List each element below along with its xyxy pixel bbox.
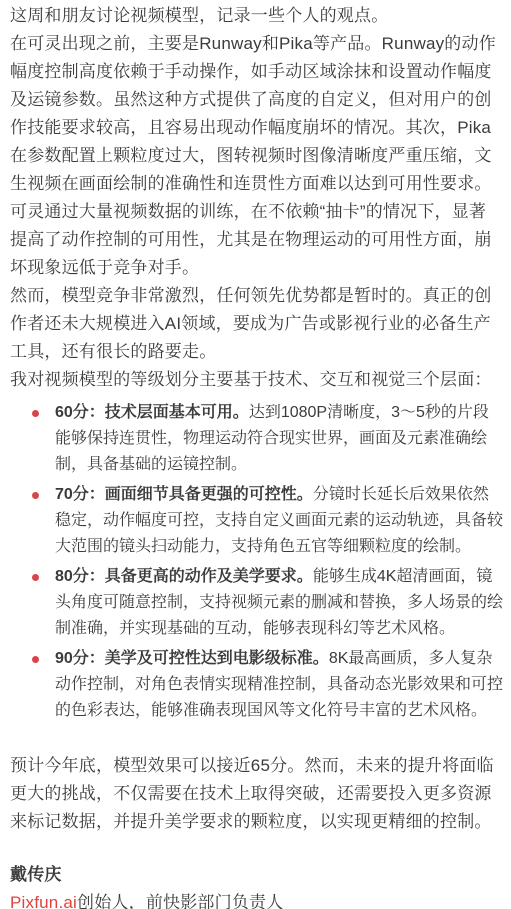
paragraph-keling: 可灵通过大量视频数据的训练，在不依赖“抽卡”的情况下，显著提高了动作控制的可用性…	[10, 198, 503, 282]
paragraph-intro: 这周和朋友讨论视频模型，记录一些个人的观点。	[10, 2, 503, 30]
author-title: Pixfun.ai创始人，前快影部门负责人	[10, 889, 503, 909]
paragraph-competition: 然而，模型竞争非常激烈，任何领先优势都是暂时的。真正的创作者还未大规模进入AI领…	[10, 282, 503, 366]
bullet-icon	[32, 492, 39, 499]
score-heading: 60分：技术层面基本可用。	[55, 404, 249, 421]
author-name: 戴传庆	[10, 861, 503, 889]
bullet-icon	[32, 574, 39, 581]
article-body: 这周和朋友讨论视频模型，记录一些个人的观点。 在可灵出现之前，主要是Runway…	[10, 2, 503, 909]
paragraph-rating-intro: 我对视频模型的等级划分主要基于技术、交互和视觉三个层面：	[10, 366, 503, 394]
score-list-item-70: 70分：画面细节具备更强的可控性。分镜时长延长后效果依然稳定，动作幅度可控，支持…	[32, 482, 503, 560]
score-list-item-80: 80分：具备更高的动作及美学要求。能够生成4K超清画面，镜头角度可随意控制，支持…	[32, 564, 503, 642]
score-item-text: 70分：画面细节具备更强的可控性。分镜时长延长后效果依然稳定，动作幅度可控，支持…	[55, 482, 503, 560]
author-role: 创始人，前快影部门负责人	[77, 893, 283, 909]
score-item-text: 80分：具备更高的动作及美学要求。能够生成4K超清画面，镜头角度可随意控制，支持…	[55, 564, 503, 642]
closing-paragraph: 预计今年底，模型效果可以接近65分。然而，未来的提升将面临更大的挑战，不仅需要在…	[10, 752, 503, 836]
score-heading: 70分：画面细节具备更强的可控性。	[55, 486, 313, 503]
score-heading: 90分：美学及可控性达到电影级标准。	[55, 650, 329, 667]
paragraph-runway-pika: 在可灵出现之前，主要是Runway和Pika等产品。Runway的动作幅度控制高…	[10, 30, 503, 198]
score-item-text: 90分：美学及可控性达到电影级标准。8K最高画质，多人复杂动作控制，对角色表情实…	[55, 646, 503, 724]
brand-link[interactable]: Pixfun.ai	[10, 893, 77, 909]
score-heading: 80分：具备更高的动作及美学要求。	[55, 568, 313, 585]
bullet-icon	[32, 410, 39, 417]
score-item-text: 60分：技术层面基本可用。达到1080P清晰度，3～5秒的片段能够保持连贯性，物…	[55, 400, 503, 478]
bullet-icon	[32, 656, 39, 663]
score-list: 60分：技术层面基本可用。达到1080P清晰度，3～5秒的片段能够保持连贯性，物…	[10, 400, 503, 724]
score-list-item-60: 60分：技术层面基本可用。达到1080P清晰度，3～5秒的片段能够保持连贯性，物…	[32, 400, 503, 478]
score-list-item-90: 90分：美学及可控性达到电影级标准。8K最高画质，多人复杂动作控制，对角色表情实…	[32, 646, 503, 724]
